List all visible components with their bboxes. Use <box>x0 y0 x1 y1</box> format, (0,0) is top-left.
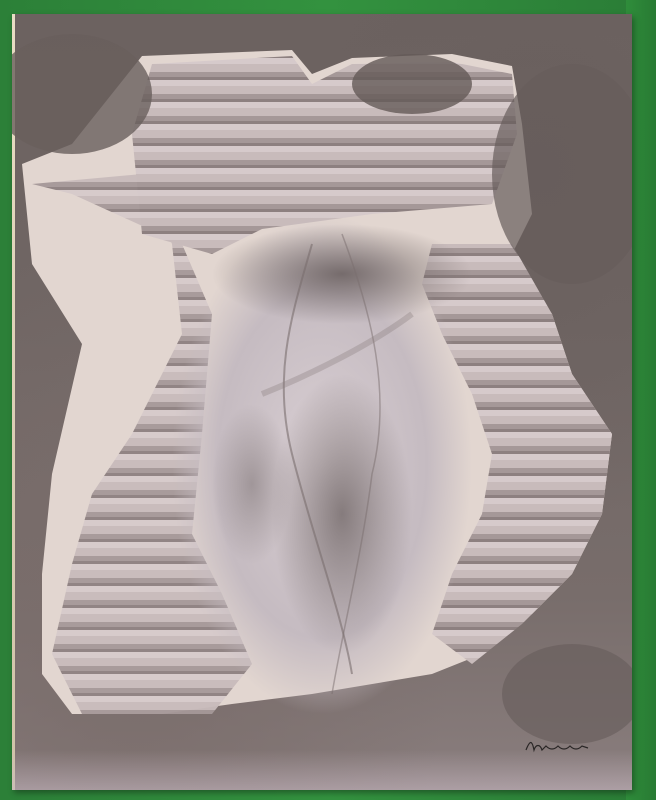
textured-relief <box>12 14 632 790</box>
artist-signature <box>524 736 594 756</box>
canvas-bottom-highlight <box>12 750 632 790</box>
painting-canvas <box>12 14 632 790</box>
